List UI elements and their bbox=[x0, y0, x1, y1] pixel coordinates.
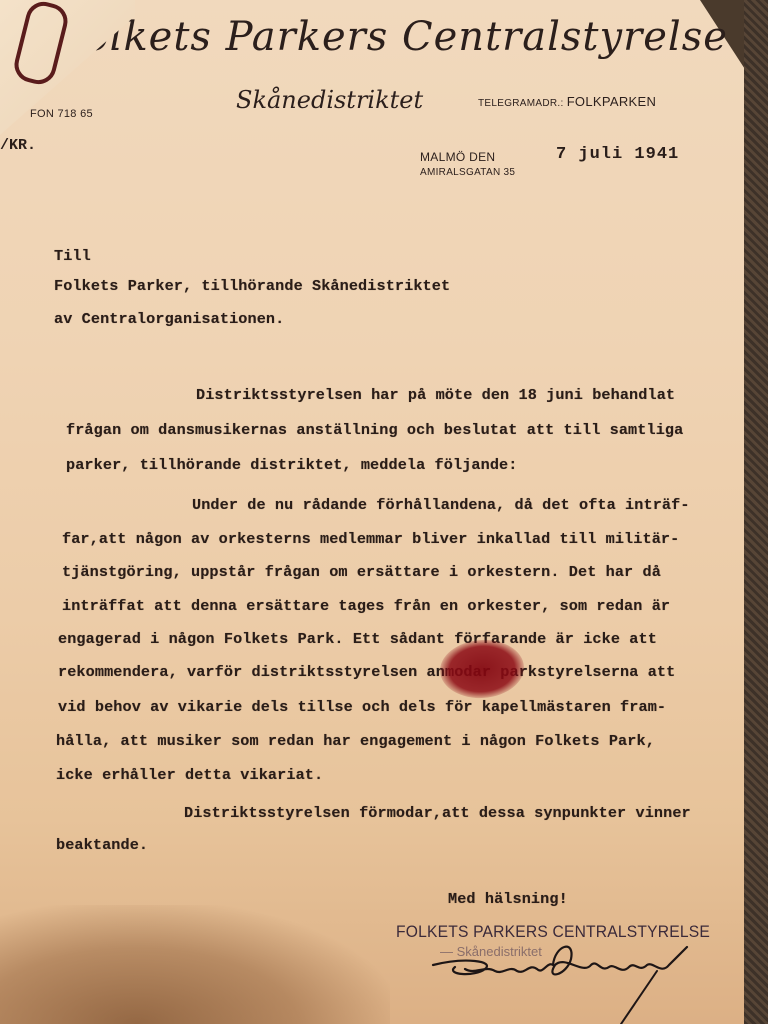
telegram-label: TELEGRAMADR.: bbox=[478, 98, 564, 109]
telegram-value: FOLKPARKEN bbox=[567, 94, 656, 109]
body-line: icke erhåller detta vikariat. bbox=[56, 766, 323, 784]
letter-date: 7 juli 1941 bbox=[556, 145, 679, 164]
body-line: rekommendera, varför distriktsstyrelsen … bbox=[58, 663, 675, 681]
body-line: frågan om dansmusikernas anställning och… bbox=[66, 421, 683, 439]
body-line: Distriktsstyrelsen förmodar,att dessa sy… bbox=[184, 804, 691, 822]
body-line: vid behov av vikarie dels tillse och del… bbox=[58, 698, 666, 716]
body-line: parker, tillhörande distriktet, meddela … bbox=[66, 456, 518, 474]
signature-icon bbox=[425, 935, 725, 1024]
body-line: inträffat att denna ersättare tages från… bbox=[62, 597, 670, 615]
phone-number: FON 718 65 bbox=[30, 108, 93, 120]
body-line: beaktande. bbox=[56, 836, 148, 854]
photo-shadow bbox=[0, 905, 390, 1024]
letterhead-subtitle: Skånedistriktet bbox=[236, 86, 423, 114]
table-surface bbox=[744, 0, 768, 1024]
city-label: MALMÖ DEN bbox=[420, 150, 495, 164]
letterhead-title: Folkets Parkers Centralstyrelse bbox=[58, 14, 678, 60]
recipient-line: Folkets Parker, tillhörande Skånedistrik… bbox=[54, 277, 450, 295]
telegram-address: TELEGRAMADR.: FOLKPARKEN bbox=[478, 94, 656, 109]
body-line: far,att någon av orkesterns medlemmar bl… bbox=[62, 530, 679, 548]
body-line: Distriktsstyrelsen har på möte den 18 ju… bbox=[196, 386, 675, 404]
recipient-line: av Centralorganisationen. bbox=[54, 310, 284, 328]
body-line: Under de nu rådande förhållandena, då de… bbox=[192, 496, 690, 514]
body-line: engagerad i någon Folkets Park. Ett såda… bbox=[58, 630, 657, 648]
body-line: hålla, att musiker som redan har engagem… bbox=[56, 732, 655, 750]
reference-code: /KR. bbox=[0, 137, 36, 154]
body-line: tjänstgöring, uppstår frågan om ersättar… bbox=[62, 563, 661, 581]
recipient-line: Till bbox=[54, 247, 91, 265]
street-address: AMIRALSGATAN 35 bbox=[420, 167, 515, 178]
closing-greeting: Med hälsning! bbox=[448, 890, 568, 908]
